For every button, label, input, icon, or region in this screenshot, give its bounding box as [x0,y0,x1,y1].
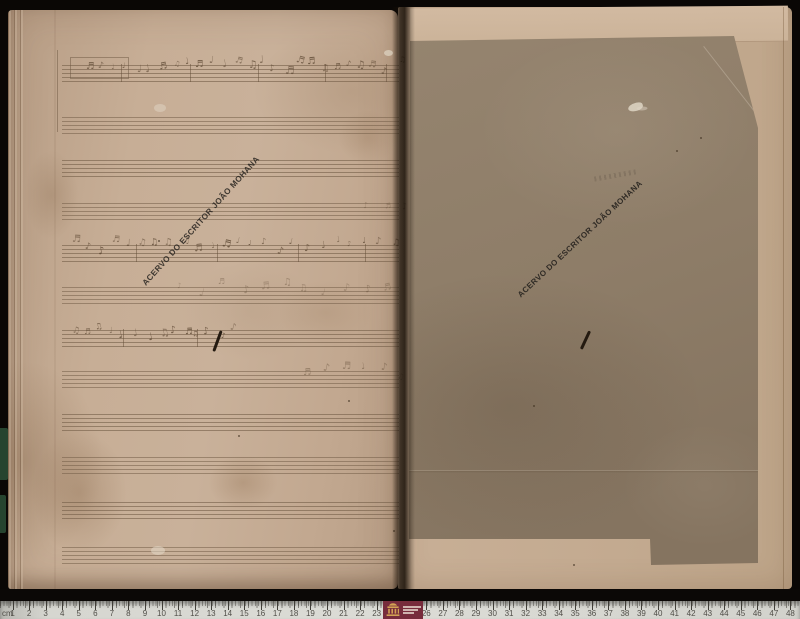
page-stack-edges [8,10,24,589]
pencil-note-mark: ♪ [364,284,372,295]
music-staff [62,502,399,519]
pencil-note-mark: ♪ [304,244,311,254]
library-building-logo [383,601,423,619]
margin-line [57,50,58,132]
ruler-number: 31 [505,609,514,618]
bar-line [325,64,326,82]
ruler-number: 40 [654,609,663,618]
ruler-number: 10 [157,609,166,618]
ruler-number: 18 [289,609,298,618]
ruler-number: 45 [736,609,745,618]
ruler-number: 14 [223,609,232,618]
ruler-number: 32 [521,609,530,618]
pencil-note-mark: ♬ [112,236,121,246]
pencil-note-mark: ♩ [235,236,240,245]
pencil-note-mark: ♪ [202,326,210,337]
pencil-note-mark: ♬ [303,368,312,378]
pen-slash-mark [580,330,591,349]
ruler-number: 19 [306,609,315,618]
pencil-note-mark: ♩ [208,55,214,65]
ink-speck [676,150,678,152]
music-staff [62,203,399,220]
music-staff [62,117,399,134]
ruler-number: 23 [372,609,381,618]
bar-line [365,244,366,262]
pencil-note-mark: ♬ [83,328,90,336]
ink-speck [573,564,575,566]
pencil-note-mark: ♬ [193,244,203,255]
white-smudge [151,546,165,555]
ruler-number: 6 [93,609,97,618]
page-stain [32,430,127,555]
pencil-note-mark: ♫ [137,239,147,250]
music-staff [62,371,399,388]
pencil-note-mark: ♪ [322,362,331,374]
ruler-number: 20 [323,609,332,618]
ruler-number: 1 [10,609,14,618]
pencil-note-mark: ♩ [259,55,264,66]
pencil-note-mark: ♪ [242,284,251,296]
pencil-note-mark: ♬ [71,235,80,245]
pencil-note-mark: ♪ [177,282,183,290]
ruler-number: 5 [77,609,81,618]
logo-text-lines [403,606,421,614]
bar-line [386,64,387,82]
pencil-note-mark: ♪ [347,240,352,247]
ruler-number: 43 [703,609,712,618]
ruler-number: 28 [455,609,464,618]
pencil-note-mark: ♫ [150,237,159,247]
ruler-number: 34 [554,609,563,618]
ruler-number: 22 [356,609,365,618]
pencil-note-mark: ♩ [362,236,367,244]
bar-line [298,244,299,262]
paper-crease [404,470,758,471]
pencil-note-mark: ♬ [382,282,392,293]
pencil-note-mark: ♩ [221,59,228,70]
ruler-number: 30 [488,609,497,618]
pencil-note-mark: ♩ [289,236,294,245]
ruler-number: 29 [471,609,480,618]
pencil-note-mark: ♩ [360,363,366,373]
pencil-note-mark: ♫ [191,330,199,339]
pencil-note-mark: ♬ [158,61,168,72]
ruler-number: 2 [27,609,31,618]
music-staff [62,160,399,177]
ruler-number: 27 [438,609,447,618]
ruler-number: 47 [769,609,778,618]
bar-line [197,329,198,347]
building-icon [385,603,401,617]
pencil-note-mark: ♫ [355,60,365,71]
ruler-number: 36 [587,609,596,618]
pencil-note-mark: ♪ [261,238,267,247]
pencil-note-mark: ♪ [362,200,368,209]
page-edge-line [783,7,784,589]
ruler-number: 21 [339,609,348,618]
music-staff [62,457,399,474]
pencil-scribble [594,169,636,181]
book-cover-sliver [0,428,8,480]
ruler-number: 41 [670,609,679,618]
pencil-note-mark: ♬ [284,65,294,76]
pencil-note-mark: ♬ [367,60,376,70]
kraft-paper-overlay: ACERVO DO ESCRITOR JOÃO MOHANA [404,36,758,565]
ruler-number: 48 [786,609,795,618]
pencil-note-mark: ♬ [218,278,225,286]
ruler-number: 17 [273,609,282,618]
ruler-number: 9 [143,609,147,618]
music-staff [62,547,399,564]
book-cover-sliver [0,495,6,533]
ruler-number: 38 [620,609,629,618]
ruler-number: 35 [571,609,580,618]
pencil-note-mark: ♫ [94,322,103,332]
pencil-note-mark: ♪ [169,326,177,337]
pencil-note-mark: ♬ [194,60,203,70]
archive-stamp-right: ACERVO DO ESCRITOR JOÃO MOHANA [516,179,644,299]
white-smudge [154,104,166,112]
pencil-note-mark: ♫ [71,326,80,336]
pencil-note-mark: ♫ [298,283,308,294]
pencil-note-mark: ♬ [261,282,271,293]
ruler-number: 16 [256,609,265,618]
gutter-shadow [392,7,415,589]
bar-line [217,244,218,262]
ruler-number: 33 [538,609,547,618]
pencil-note-mark: ♪ [375,237,381,247]
ink-speck [238,435,240,437]
ruler-number: 7 [110,609,114,618]
bar-line [258,64,259,82]
ruler-number: 39 [637,609,646,618]
scan-background: ACERVO DO ESCRITOR JOÃO MOHANA ♬♪♩♩♩♩♬♫♩… [0,0,800,619]
ruler-number: 26 [422,609,431,618]
ruler-number: 46 [753,609,762,618]
pencil-note-mark: ♪ [221,332,226,340]
ruler-number: 11 [174,609,182,618]
bar-line [123,329,124,347]
pencil-note-mark: ♫ [283,278,292,288]
pencil-note-mark: ♬ [384,202,391,210]
ruler-number: 13 [207,609,216,618]
pencil-note-mark: ♬ [342,362,351,373]
ruler-number: 4 [60,609,64,618]
ink-speck [348,400,350,402]
pencil-note-mark: ♩ [210,242,215,251]
bar-line [136,244,137,262]
pencil-note-mark: ♩ [335,235,341,244]
pencil-box-outline [70,57,129,79]
pencil-note-mark: ♩ [126,239,131,249]
bar-line [190,64,191,82]
pencil-note-mark: ♫ [247,60,257,71]
pencil-note-mark: ♪ [380,363,387,374]
pencil-note-mark: ♫ [158,327,170,340]
pencil-note-mark: ♪ [97,246,105,257]
pencil-note-mark: ♬ [221,238,232,250]
white-smudge [627,101,643,112]
ink-speck [533,405,535,407]
ruler-number: 15 [240,609,249,618]
pencil-note-mark: ♬ [306,56,315,66]
ruler-number: 44 [720,609,729,618]
ruler-number: 3 [43,609,47,618]
ink-speck [700,137,702,139]
pencil-note-mark: ♬ [333,62,341,71]
ruler-number: 12 [190,609,199,618]
pencil-note-mark: ♩ [320,240,326,250]
music-staff [62,414,399,431]
pencil-note-mark: ♩ [109,327,113,336]
ink-speck [158,240,160,242]
ruler-number: 42 [687,609,696,618]
ruler-number: 8 [126,609,130,618]
left-page: ♬♪♩♩♩♩♬♫♩♬♩♩♬♫♩♪♬♬♬♫♬♪♫♬♪♫♪♬♪♬♪♪♬♩♫♫♫♫♬♩… [8,10,398,589]
ruler-number: 37 [604,609,613,618]
measurement-ruler: cm 1234567891011121314151617181920212223… [0,601,800,619]
